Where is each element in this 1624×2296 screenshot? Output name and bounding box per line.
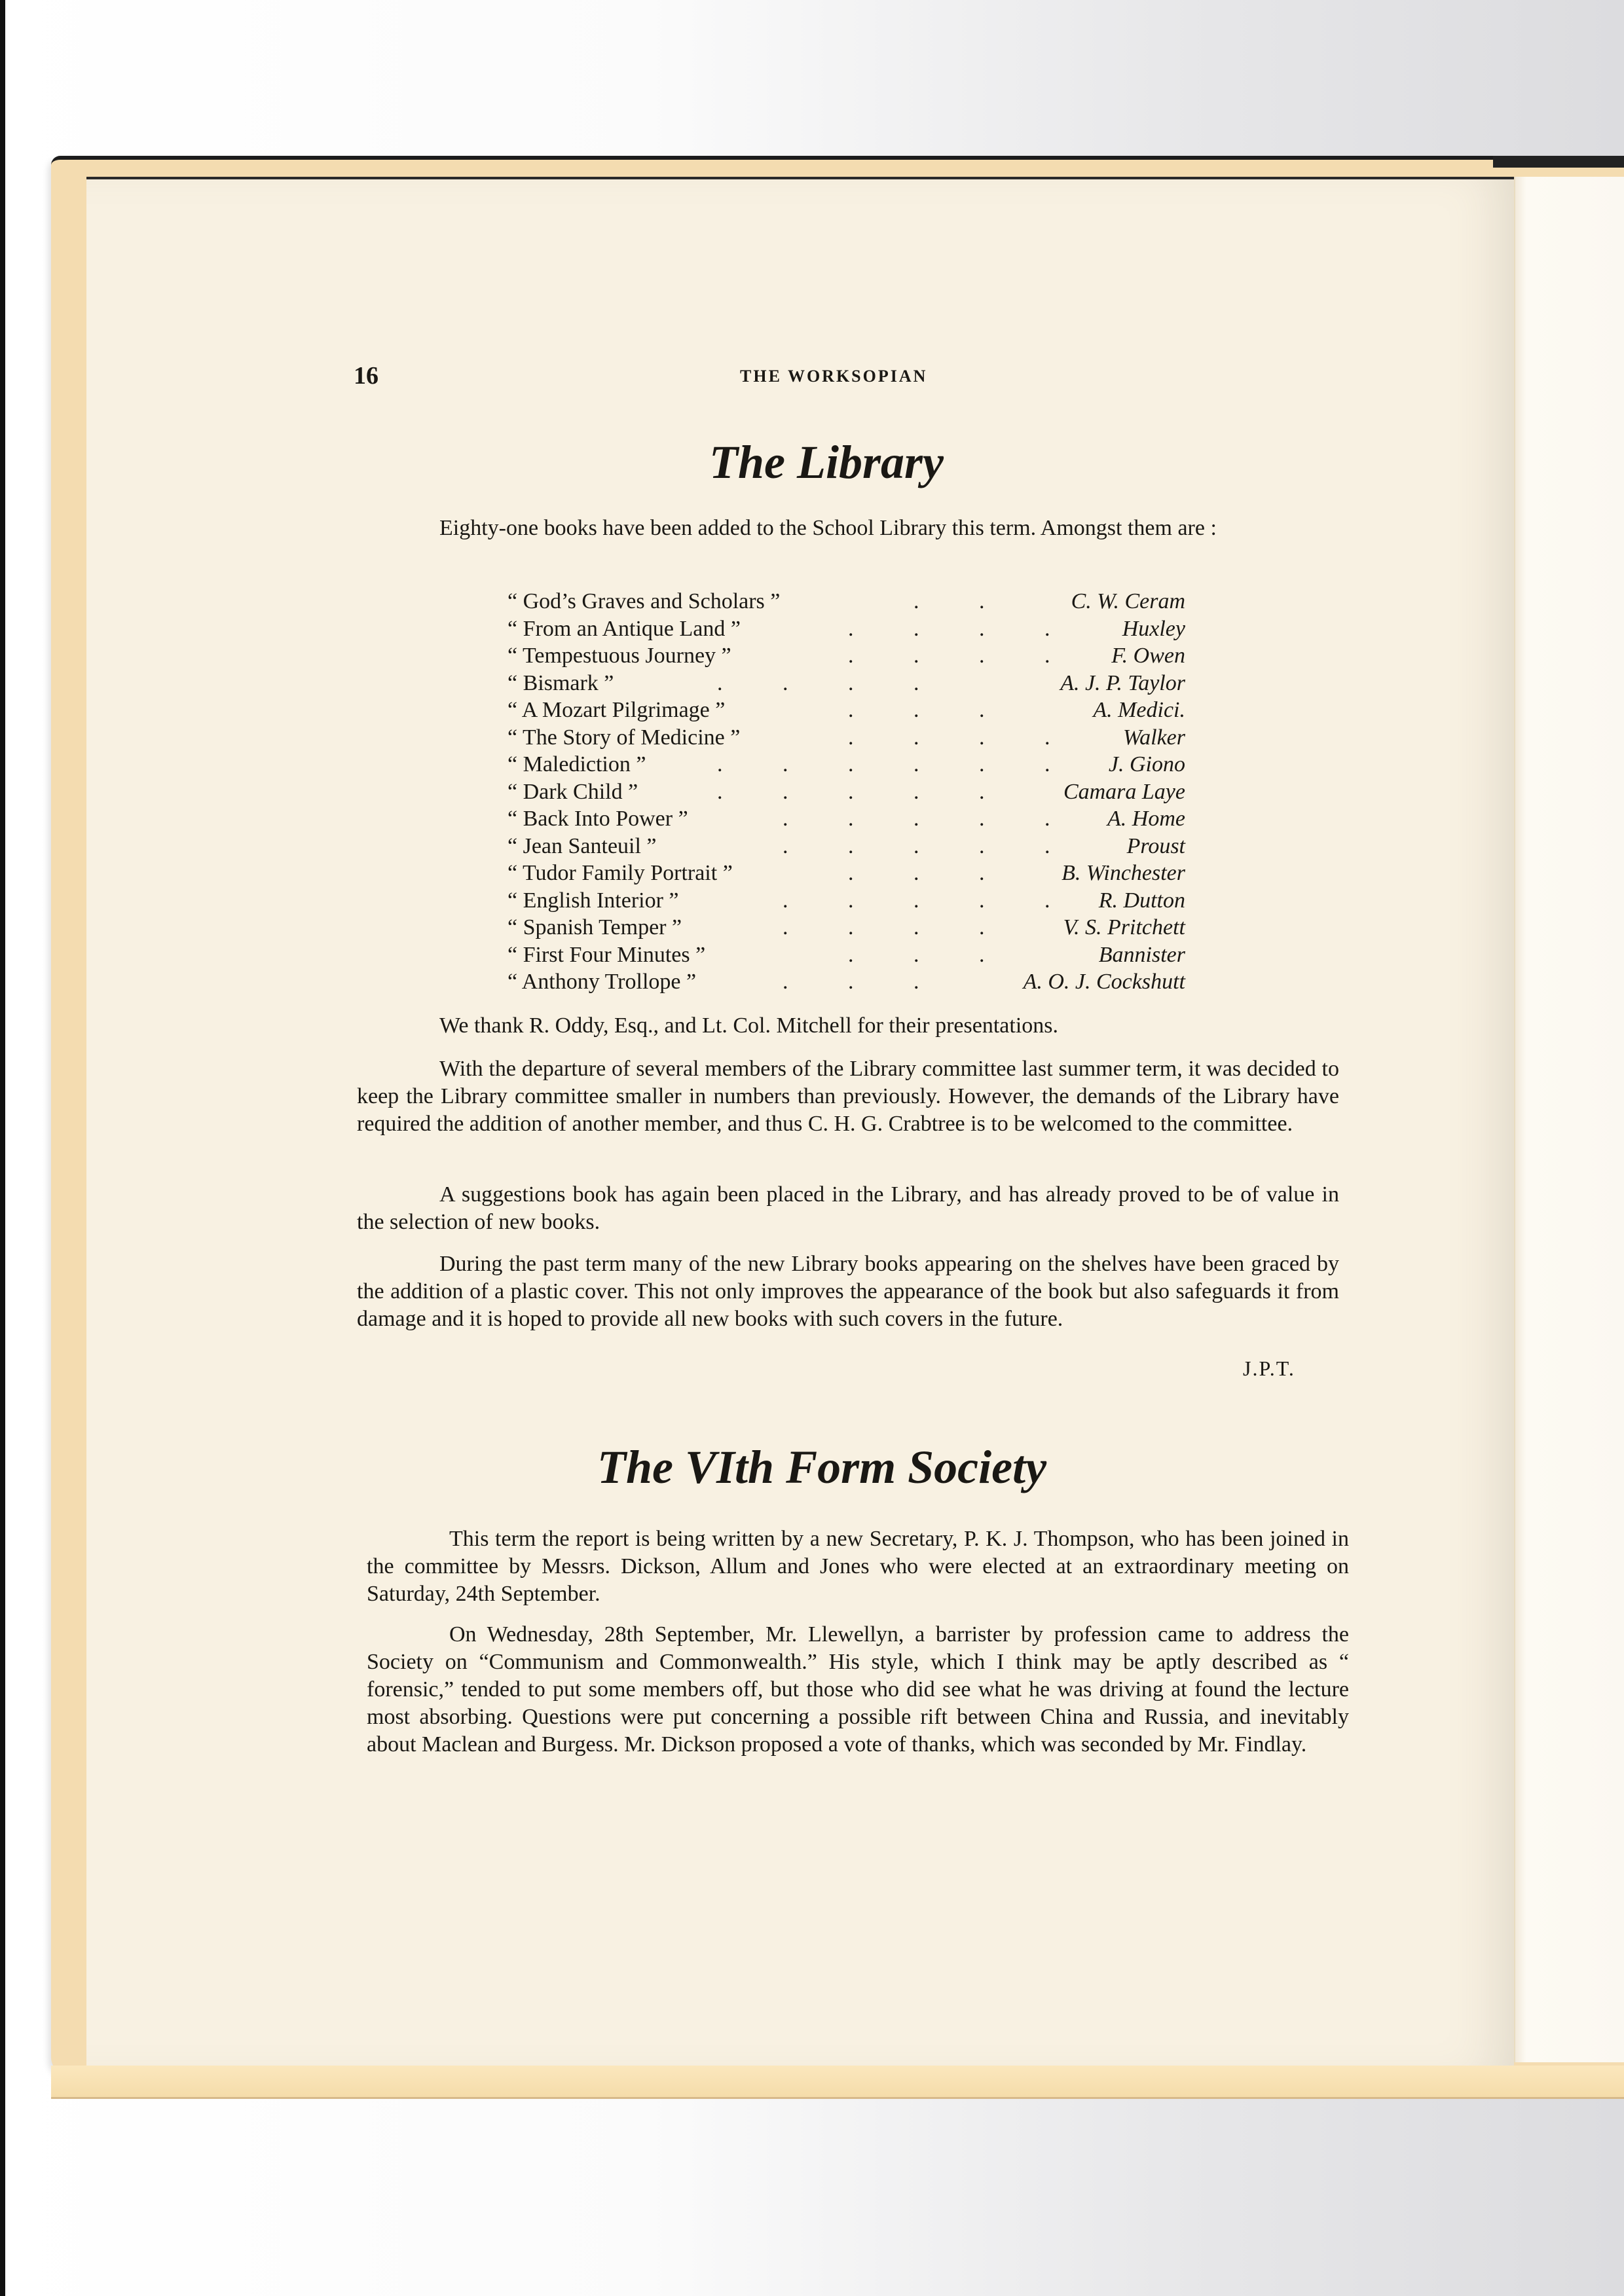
book-title: “ God’s Graves and Scholars ” — [507, 588, 780, 615]
sixth-form-title: The VIth Form Society — [597, 1440, 1624, 1495]
list-item: “ A Mozart Pilgrimage ”...A. Medici. — [507, 697, 1185, 724]
list-item: “ God’s Graves and Scholars ”..C. W. Cer… — [507, 588, 1185, 615]
book-title: “ The Story of Medicine ” — [507, 724, 740, 752]
list-item: “ Anthony Trollope ”...A. O. J. Cockshut… — [507, 968, 1185, 996]
list-item: “ Tudor Family Portrait ”...B. Wincheste… — [507, 860, 1185, 887]
book-author: A. Medici. — [1093, 697, 1185, 724]
signature: J.P.T. — [1243, 1357, 1295, 1381]
book-author: Bannister — [1099, 941, 1185, 969]
book-author: V. S. Pritchett — [1063, 914, 1185, 941]
book-title: “ Spanish Temper ” — [507, 914, 682, 941]
book-title: “ First Four Minutes ” — [507, 941, 705, 969]
book-author: C. W. Ceram — [1071, 588, 1185, 615]
list-item: “ English Interior ”.....R. Dutton — [507, 887, 1185, 915]
book-title: “ Dark Child ” — [507, 778, 638, 806]
page-number: 16 — [354, 361, 378, 390]
covers-paragraph: During the past term many of the new Lib… — [357, 1250, 1339, 1333]
book-author: Camara Laye — [1063, 778, 1185, 806]
library-intro: Eighty-one books have been added to the … — [357, 515, 1339, 542]
book-author: F. Owen — [1111, 642, 1185, 670]
book-title: “ English Interior ” — [507, 887, 679, 915]
book-author: J. Giono — [1109, 751, 1185, 778]
book-title: “ From an Antique Land ” — [507, 615, 741, 643]
book-title: “ Malediction ” — [507, 751, 646, 778]
book-author: Walker — [1123, 724, 1185, 752]
book-title: “ A Mozart Pilgrimage ” — [507, 697, 725, 724]
list-item: “ The Story of Medicine ”....Walker — [507, 724, 1185, 752]
list-item: “ Bismark ”....A. J. P. Taylor — [507, 670, 1185, 697]
list-item: “ Tempestuous Journey ”....F. Owen — [507, 642, 1185, 670]
thanks-paragraph: We thank R. Oddy, Esq., and Lt. Col. Mit… — [357, 1012, 1339, 1040]
book-title: “ Jean Santeuil ” — [507, 833, 657, 860]
book-author: A. Home — [1107, 805, 1185, 833]
committee-paragraph: With the departure of several members of… — [357, 1055, 1339, 1138]
book-author: Huxley — [1122, 615, 1185, 643]
list-item: “ Malediction ”......J. Giono — [507, 751, 1185, 778]
suggestions-paragraph: A suggestions book has again been placed… — [357, 1181, 1339, 1236]
running-head: THE WORKSOPIAN — [740, 367, 927, 386]
book-author: A. O. J. Cockshutt — [1024, 968, 1185, 996]
book-author: A. J. P. Taylor — [1060, 670, 1185, 697]
list-item: “ Back Into Power ”.....A. Home — [507, 805, 1185, 833]
book-author: Proust — [1127, 833, 1185, 860]
library-title: The Library — [709, 435, 1624, 490]
book-title: “ Tudor Family Portrait ” — [507, 860, 733, 887]
book-author: B. Winchester — [1061, 860, 1185, 887]
list-item: “ Spanish Temper ”....V. S. Pritchett — [507, 914, 1185, 941]
book-author: R. Dutton — [1099, 887, 1185, 915]
sixth-form-paragraph-2: On Wednesday, 28th September, Mr. Llewel… — [367, 1621, 1349, 1758]
sixth-form-paragraph-1: This term the report is being written by… — [367, 1525, 1349, 1608]
book-title: “ Anthony Trollope ” — [507, 968, 696, 996]
list-item: “ Jean Santeuil ”.....Proust — [507, 833, 1185, 860]
book-title: “ Bismark ” — [507, 670, 614, 697]
page-content: 16 THE WORKSOPIAN The Library Eighty-one… — [0, 0, 1624, 2296]
list-item: “ From an Antique Land ”....Huxley — [507, 615, 1185, 643]
book-title: “ Back Into Power ” — [507, 805, 688, 833]
book-title: “ Tempestuous Journey ” — [507, 642, 731, 670]
list-item: “ First Four Minutes ”...Bannister — [507, 941, 1185, 969]
list-item: “ Dark Child ”.....Camara Laye — [507, 778, 1185, 806]
book-list: “ God’s Graves and Scholars ”..C. W. Cer… — [507, 588, 1185, 996]
